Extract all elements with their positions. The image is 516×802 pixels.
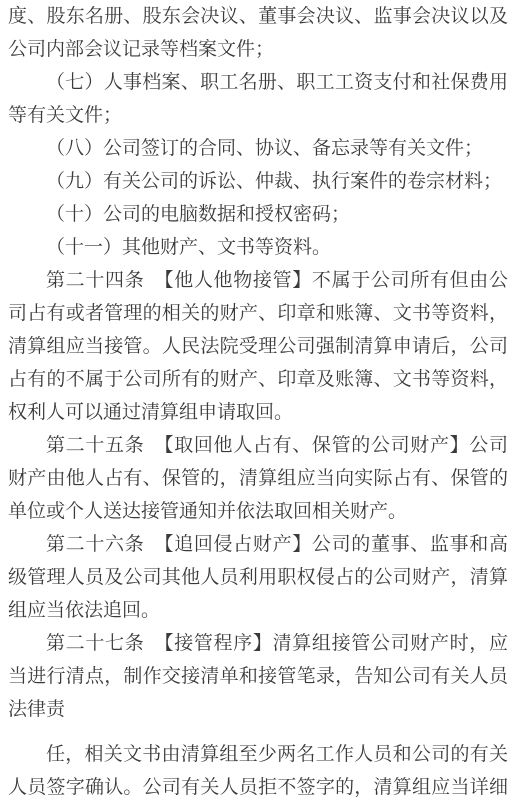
text-line: （十一）其他财产、文书等资料。 xyxy=(8,231,508,264)
document-page: 度、股东名册、股东会决议、董事会决议、监事会决议以及 公司内部会议记录等档案文件… xyxy=(0,0,516,802)
text-line: 当进行清点，制作交接清单和接管笔录，告知公司有关人员 xyxy=(8,660,508,693)
text-line: 财产由他人占有、保管的，清算组应当向实际占有、保管的 xyxy=(8,462,508,495)
text-line: （十）公司的电脑数据和授权密码； xyxy=(8,198,508,231)
text-line: 第二十六条 【追回侵占财产】公司的董事、监事和高 xyxy=(8,528,508,561)
text-line: （九）有关公司的诉讼、仲裁、执行案件的卷宗材料； xyxy=(8,165,508,198)
text-line: 第二十七条 【接管程序】清算组接管公司财产时，应 xyxy=(8,627,508,660)
text-line: 清算组应当接管。人民法院受理公司强制清算申请后，公司 xyxy=(8,330,508,363)
text-line: 单位或个人送达接管通知并依法取回相关财产。 xyxy=(8,495,508,528)
text-line: 司占有或者管理的相关的财产、印章和账簿、文书等资料， xyxy=(8,297,508,330)
text-line: 法律责 xyxy=(8,693,508,726)
text-line: （八）公司签订的合同、协议、备忘录等有关文件； xyxy=(8,132,508,165)
text-line: 第二十四条 【他人他物接管】不属于公司所有但由公 xyxy=(8,264,508,297)
text-line: 度、股东名册、股东会决议、董事会决议、监事会决议以及 xyxy=(8,0,508,33)
text-line: （七）人事档案、职工名册、职工工资支付和社保费用 xyxy=(8,66,508,99)
text-line: 级管理人员及公司其他人员利用职权侵占的公司财产，清算 xyxy=(8,561,508,594)
text-line: 占有的不属于公司所有的财产、印章及账簿、文书等资料， xyxy=(8,363,508,396)
text-line: 组应当依法追回。 xyxy=(8,594,508,627)
text-line: 任，相关文书由清算组至少两名工作人员和公司的有关 xyxy=(8,738,508,771)
text-line: 权利人可以通过清算组申请取回。 xyxy=(8,396,508,429)
text-line: 人员签字确认。公司有关人员拒不签字的，清算组应当详细 xyxy=(8,771,508,802)
text-line: 公司内部会议记录等档案文件； xyxy=(8,33,508,66)
text-line: 第二十五条 【取回他人占有、保管的公司财产】公司 xyxy=(8,429,508,462)
text-line: 等有关文件； xyxy=(8,99,508,132)
